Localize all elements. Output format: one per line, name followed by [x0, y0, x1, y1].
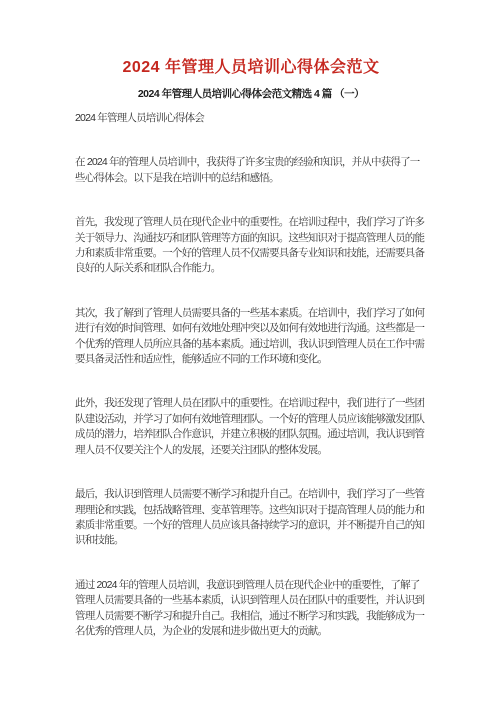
paragraph: 在 2024 年的管理人员培训中，我获得了许多宝贵的经验和知识，并从中获得了一些… [75, 155, 427, 186]
document-page: 2024 年管理人员培训心得体会范文 2024 年管理人员培训心得体会范文精选 … [0, 0, 500, 707]
document-subtitle: 2024 年管理人员培训心得体会范文精选 4 篇 （一） [75, 87, 427, 102]
document-title: 2024 年管理人员培训心得体会范文 [75, 56, 427, 80]
document-body: 在 2024 年的管理人员培训中，我获得了许多宝贵的经验和知识，并从中获得了一些… [75, 155, 427, 639]
paragraph: 通过 2024 年的管理人员培训，我意识到管理人员在现代企业中的重要性，了解了管… [75, 578, 427, 640]
paragraph: 最后，我认识到管理人员需要不断学习和提升自己。在培训中，我们学习了一些管理理论和… [75, 487, 427, 549]
section-heading: 2024 年管理人员培训心得体会 [75, 111, 427, 126]
paragraph: 此外，我还发现了管理人员在团队中的重要性。在培训过程中，我们进行了一些团队建设活… [75, 396, 427, 458]
paragraph: 首先，我发现了管理人员在现代企业中的重要性。在培训过程中，我们学习了许多关于领导… [75, 215, 427, 277]
paragraph: 其次，我了解到了管理人员需要具备的一些基本素质。在培训中，我们学习了如何进行有效… [75, 306, 427, 368]
